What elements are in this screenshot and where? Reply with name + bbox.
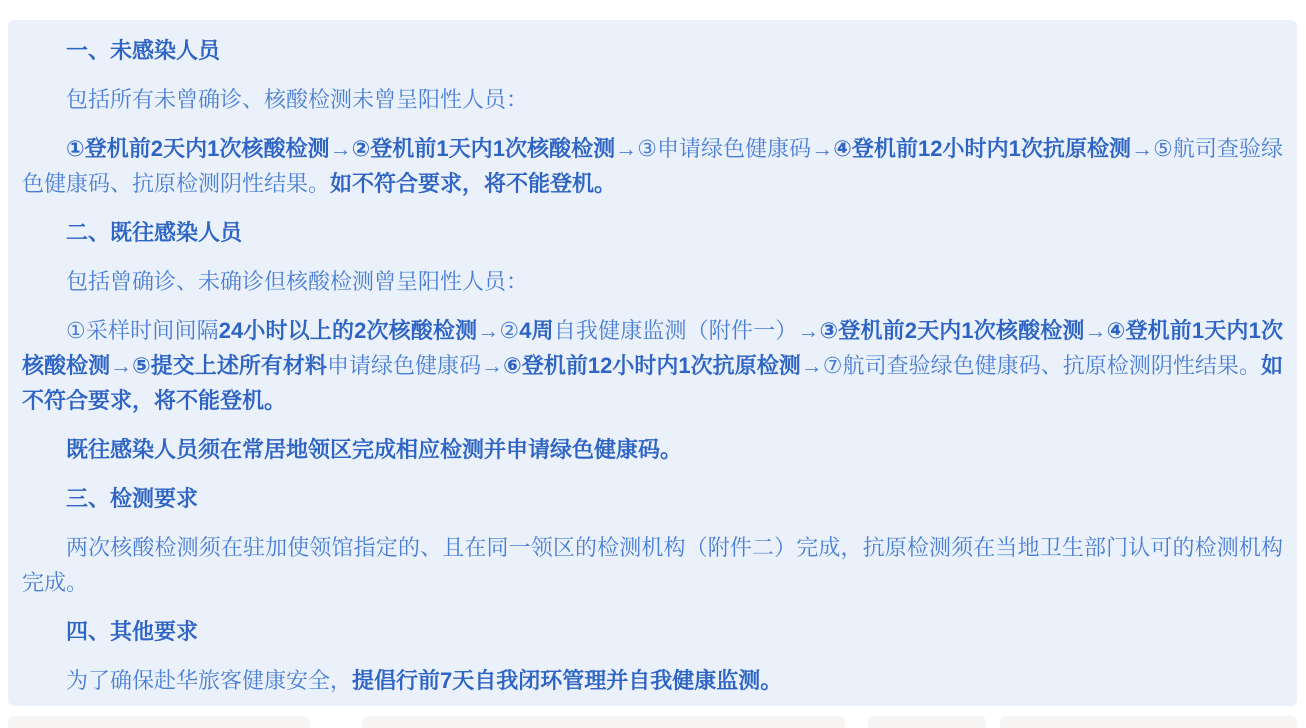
bottom-card-hint bbox=[362, 716, 845, 728]
text-run: 4周 bbox=[519, 318, 554, 343]
section-heading: 二、既往感染人员 bbox=[22, 215, 1283, 250]
paragraph: 包括曾确诊、未确诊但核酸检测曾呈阳性人员： bbox=[22, 264, 1283, 299]
bottom-card-hint bbox=[868, 716, 986, 728]
paragraph: 两次核酸检测须在驻加使领馆指定的、且在同一领区的检测机构（附件二）完成，抗原检测… bbox=[22, 530, 1283, 600]
text-run: 提倡行前7天自我闭环管理并自我健康监测。 bbox=[352, 668, 782, 693]
text-run: → bbox=[1085, 318, 1107, 343]
text-run: 两次核酸检测须在驻加使领馆指定的、且在同一领区的检测机构（附件二）完成，抗原检测… bbox=[22, 535, 1283, 595]
text-run: 申请绿色健康码→ bbox=[327, 353, 503, 378]
bottom-card-hint bbox=[8, 716, 310, 728]
paragraph: 既往感染人员须在常居地领区完成相应检测并申请绿色健康码。 bbox=[22, 432, 1283, 467]
text-run: → bbox=[330, 136, 352, 161]
text-run: ①登机前2天内1次核酸检测 bbox=[66, 136, 330, 161]
text-run: ②登机前1天内1次核酸检测 bbox=[352, 136, 616, 161]
text-run: →⑦航司查验绿色健康码、抗原检测阴性结果。 bbox=[801, 353, 1261, 378]
text-run: 包括所有未曾确诊、核酸检测未曾呈阳性人员： bbox=[66, 87, 528, 112]
paragraph: 为了确保赴华旅客健康安全，提倡行前7天自我闭环管理并自我健康监测。 bbox=[22, 663, 1283, 698]
text-run: 24小时以上的2次核酸检测 bbox=[219, 318, 477, 343]
paragraph: 包括所有未曾确诊、核酸检测未曾呈阳性人员： bbox=[22, 82, 1283, 117]
text-run: ③登机前2天内1次核酸检测 bbox=[819, 318, 1084, 343]
text-run: 既往感染人员须在常居地领区完成相应检测并申请绿色健康码。 bbox=[66, 437, 682, 462]
section-heading: 三、检测要求 bbox=[22, 481, 1283, 516]
paragraph: ①登机前2天内1次核酸检测→②登机前1天内1次核酸检测→③申请绿色健康码→④登机… bbox=[22, 131, 1283, 201]
text-run: →② bbox=[477, 318, 519, 343]
text-run: ⑥登机前12小时内1次抗原检测 bbox=[503, 353, 801, 378]
section-heading: 一、未感染人员 bbox=[22, 33, 1283, 68]
text-run: ⑤提交上述所有材料 bbox=[132, 353, 327, 378]
text-run: ④登机前12小时内1次抗原检测 bbox=[833, 136, 1131, 161]
notice-panel: 一、未感染人员包括所有未曾确诊、核酸检测未曾呈阳性人员：①登机前2天内1次核酸检… bbox=[8, 20, 1297, 706]
text-run: 为了确保赴华旅客健康安全， bbox=[66, 668, 352, 693]
text-run: 包括曾确诊、未确诊但核酸检测曾呈阳性人员： bbox=[66, 269, 528, 294]
paragraph: ①采样时间间隔24小时以上的2次核酸检测→②4周自我健康监测（附件一）→③登机前… bbox=[22, 313, 1283, 418]
text-run: →③申请绿色健康码→ bbox=[615, 136, 833, 161]
text-run: 如不符合要求，将不能登机。 bbox=[330, 171, 616, 196]
text-run: → bbox=[110, 353, 132, 378]
bottom-card-hint bbox=[1000, 716, 1297, 728]
text-run: 自我健康监测（附件一）→ bbox=[554, 318, 820, 343]
text-run: ①采样时间间隔 bbox=[66, 318, 219, 343]
section-heading: 四、其他要求 bbox=[22, 614, 1283, 649]
notice-body: 一、未感染人员包括所有未曾确诊、核酸检测未曾呈阳性人员：①登机前2天内1次核酸检… bbox=[22, 33, 1283, 698]
